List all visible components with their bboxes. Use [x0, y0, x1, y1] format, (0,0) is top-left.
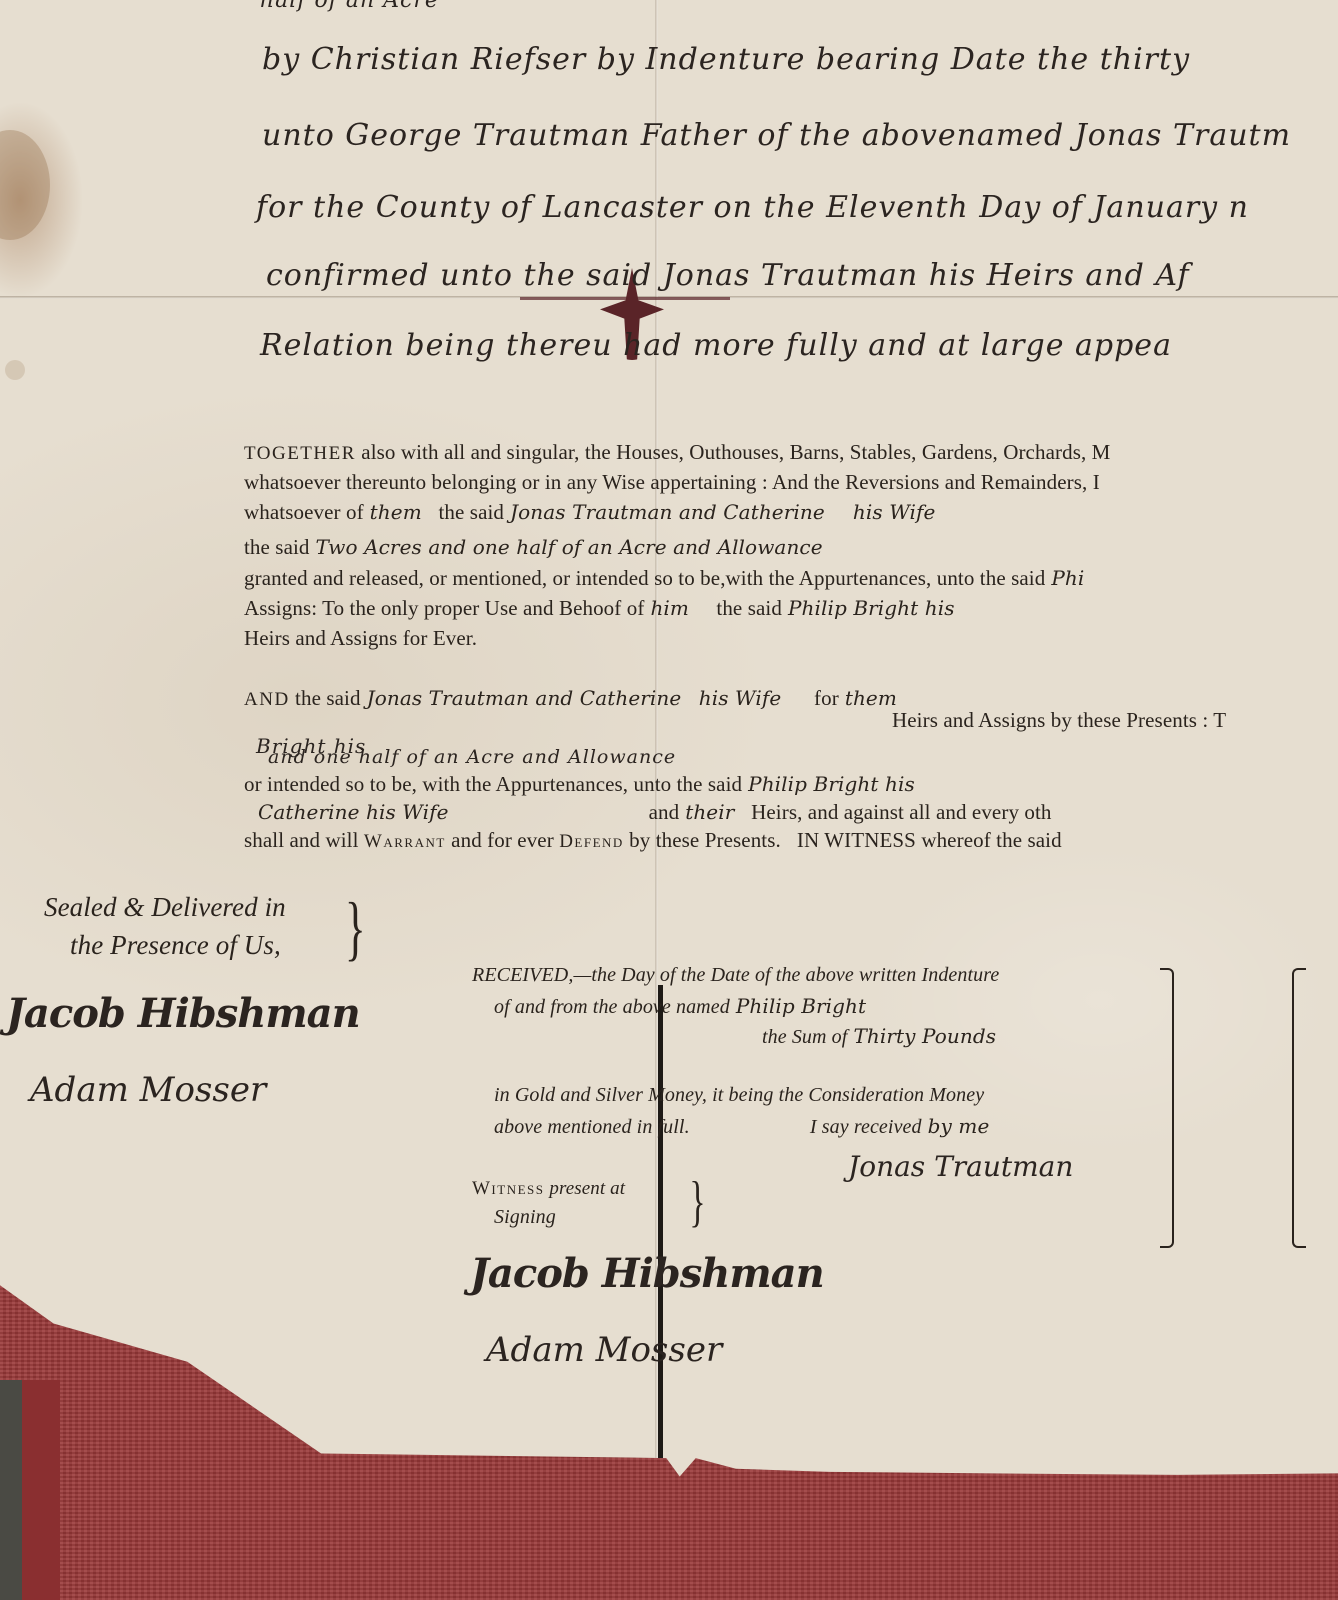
text: Heirs, and against all and every oth — [751, 800, 1051, 824]
warrant-word: Warrant — [364, 831, 446, 852]
left-bracket — [1292, 968, 1306, 1248]
text: whereof the said — [921, 828, 1061, 852]
handwritten-fill: Jonas Trautman and Catherine — [504, 500, 831, 524]
handwritten-fill: by me — [922, 1114, 996, 1138]
sealed-line-2: the Presence of Us, — [70, 930, 281, 961]
handwritten-fill: Two Acres and one half of an Acre and Al… — [310, 535, 829, 559]
water-stain — [0, 130, 50, 240]
brace-icon: } — [345, 888, 366, 968]
recital-line-5: Relation being thereu had more fully and… — [260, 328, 1172, 363]
together-line-2: whatsoever thereunto belonging or in any… — [244, 470, 1100, 495]
received-lead: RECEIVED, — [472, 964, 573, 986]
handwritten-fill: Phi — [1045, 566, 1090, 590]
witness-signature-hibshman: Jacob Hibshman — [470, 1250, 824, 1297]
text: I say received — [810, 1116, 922, 1138]
signature-mosser: Adam Mosser — [30, 1070, 266, 1110]
handwritten-fill: him — [644, 596, 695, 620]
together-line-3: whatsoever ofthem the saidJonas Trautman… — [244, 500, 941, 525]
handwritten-fill: Catherine his Wife — [244, 800, 649, 824]
text: and for ever — [451, 828, 554, 852]
witness-label: Witness present at — [472, 1178, 625, 1200]
brace-icon: } — [689, 1172, 705, 1232]
text: present at — [549, 1178, 625, 1199]
together-lead: TOGETHER — [244, 443, 356, 464]
signature-hibshman: Jacob Hibshman — [6, 990, 360, 1037]
text: or intended so to be, with the Appurtena… — [244, 772, 742, 796]
stain-spot — [5, 360, 25, 380]
recital-line-4: confirmed unto the said Jonas Trautman h… — [266, 258, 1190, 293]
and-line-4: or intended so to be, with the Appurtena… — [244, 772, 921, 797]
and-line-2: Heirs and Assigns by these Presents : T — [892, 708, 1226, 733]
sealed-line-1: Sealed & Delivered in — [44, 892, 286, 923]
recital-line-0: half of an Acre — [260, 0, 439, 13]
text: the said — [244, 535, 310, 559]
text: of and from the above named — [494, 996, 730, 1018]
text: and — [649, 800, 680, 824]
receipt-line-1: RECEIVED,—the Day of the Date of the abo… — [472, 964, 999, 987]
together-line-6: Assigns: To the only proper Use and Beho… — [244, 596, 961, 621]
handwritten-fill: Philip Bright his — [782, 596, 961, 620]
recital-line-2: unto George Trautman Father of the above… — [262, 118, 1291, 153]
text: Assigns: To the only proper Use and Beho… — [244, 596, 644, 620]
and-line-5: Catherine his Wifeandtheir Heirs, and ag… — [244, 800, 1052, 825]
handwritten-fill: them — [839, 686, 903, 710]
handwritten-fill: their — [679, 800, 740, 824]
signature-trautman: Jonas Trautman — [848, 1150, 1073, 1183]
text: for — [814, 686, 839, 710]
witness-label-2: Signing — [494, 1206, 556, 1229]
handwritten-fill: his Wife — [693, 686, 788, 710]
handwritten-fill: Philip Bright — [730, 994, 872, 1018]
and-fill-acre: and one half of an Acre and Allowance — [268, 746, 676, 768]
together-line-7: Heirs and Assigns for Ever. — [244, 626, 477, 651]
text: the said — [716, 596, 782, 620]
in-witness: IN WITNESS — [797, 828, 916, 852]
text: shall and will — [244, 828, 359, 852]
handwritten-fill: his Wife — [847, 500, 942, 524]
text: the Sum of — [762, 1026, 847, 1048]
together-line-5: granted and released, or mentioned, or i… — [244, 566, 1090, 591]
together-line-1: TOGETHER also with all and singular, the… — [244, 440, 1110, 465]
fold-tear — [520, 297, 730, 300]
text: whatsoever of — [244, 500, 364, 524]
and-line-1: AND the saidJonas Trautman and Catherine… — [244, 686, 903, 711]
receipt-line-2: of and from the above namedPhilip Bright — [494, 994, 872, 1019]
text: the said — [439, 500, 505, 524]
receipt-line-5: above mentioned in full. I say receivedb… — [494, 1114, 995, 1139]
and-lead: AND — [244, 689, 290, 710]
together-text-1: also with all and singular, the Houses, … — [361, 440, 1110, 464]
recital-line-3: for the County of Lancaster on the Eleve… — [256, 190, 1249, 225]
deed-paper: half of an Acre by Christian Riefser by … — [0, 0, 1338, 1530]
text: by these Presents. — [629, 828, 781, 852]
right-bracket — [1160, 968, 1174, 1248]
and-line-6: shall and will Warrant and for ever Defe… — [244, 828, 1062, 853]
together-line-4: the saidTwo Acres and one half of an Acr… — [244, 535, 829, 560]
text: —the Day of the Date of the above writte… — [573, 964, 999, 986]
handwritten-fill: Jonas Trautman and Catherine — [361, 686, 688, 710]
handwritten-fill: Philip Bright his — [742, 772, 921, 796]
receipt-line-3: the Sum ofThirty Pounds — [762, 1024, 1002, 1049]
defend-word: Defend — [559, 831, 624, 852]
frame-edge — [0, 1380, 60, 1600]
witness-word: Witness — [472, 1178, 545, 1199]
text: above mentioned in full. — [494, 1116, 690, 1138]
witness-signature-mosser: Adam Mosser — [486, 1330, 722, 1370]
text: granted and released, or mentioned, or i… — [244, 566, 1045, 590]
handwritten-fill: Thirty Pounds — [847, 1024, 1002, 1048]
recital-line-1: by Christian Riefser by Indenture bearin… — [262, 42, 1190, 77]
text: the said — [295, 686, 361, 710]
receipt-line-4: in Gold and Silver Money, it being the C… — [494, 1084, 984, 1107]
handwritten-fill: them — [364, 500, 428, 524]
